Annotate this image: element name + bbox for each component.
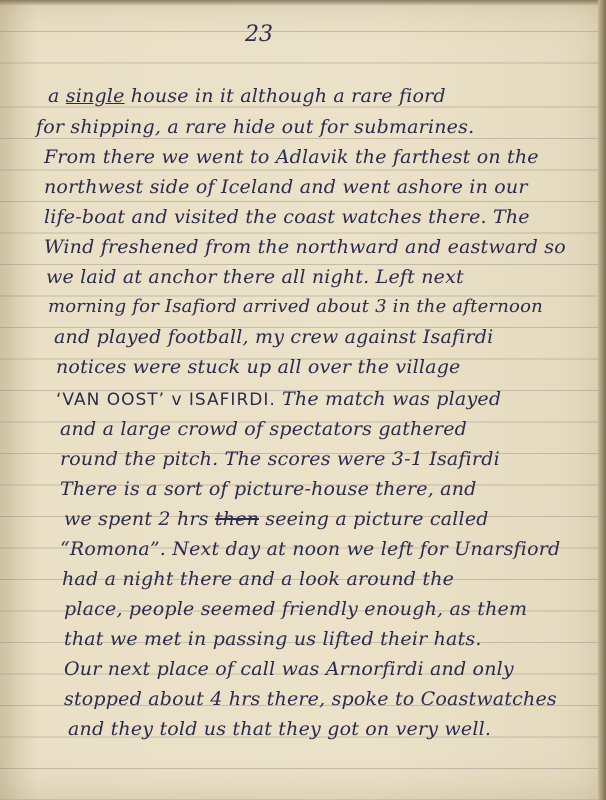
text-line: “Romona”. Next day at noon we left for U…: [60, 538, 560, 560]
text-line: and played football, my crew against Isa…: [54, 326, 493, 348]
page-top-edge: [0, 0, 606, 6]
text-line: we laid at anchor there all night. Left …: [46, 266, 464, 288]
overwritten-word: single: [66, 85, 125, 107]
text-fragment: The match was played: [276, 388, 501, 410]
text-line: ‘VAN OOST’ v ISAFIRDI. The match was pla…: [56, 388, 501, 410]
text-line: and they told us that they got on very w…: [68, 718, 491, 740]
text-fragment: a: [48, 85, 66, 107]
text-line: a single house in it although a rare fio…: [48, 85, 446, 107]
text-fragment: house in it although a rare fiord: [125, 85, 446, 107]
text-line: for shipping, a rare hide out for submar…: [36, 116, 474, 138]
text-line: life-boat and visited the coast watches …: [44, 206, 530, 228]
text-line: had a night there and a look around the: [62, 568, 454, 590]
text-fragment: ‘VAN OOST’ v ISAFIRDI.: [56, 390, 276, 410]
text-line: stopped about 4 hrs there, spoke to Coas…: [64, 688, 557, 710]
page-right-edge: [598, 0, 606, 800]
page-number: 23: [245, 22, 273, 47]
text-fragment: we spent 2 hrs: [64, 508, 215, 530]
text-fragment: seeing a picture called: [259, 508, 489, 530]
text-line: northwest side of Iceland and went ashor…: [44, 176, 528, 198]
text-line: There is a sort of picture-house there, …: [60, 478, 477, 500]
text-line: Wind freshened from the northward and ea…: [44, 236, 566, 258]
text-line: morning for Isafiord arrived about 3 in …: [48, 296, 543, 317]
text-line: we spent 2 hrs then seeing a picture cal…: [64, 508, 489, 530]
notebook-page: 23 a single house in it although a rare …: [0, 0, 606, 800]
struck-word: then: [215, 508, 259, 530]
text-line: notices were stuck up all over the villa…: [56, 356, 461, 378]
text-line: place, people seemed friendly enough, as…: [64, 598, 527, 620]
text-line: Our next place of call was Arnorfirdi an…: [64, 658, 514, 680]
text-line: that we met in passing us lifted their h…: [64, 628, 482, 650]
text-line: round the pitch. The scores were 3-1 Isa…: [60, 448, 500, 470]
text-line: From there we went to Adlavik the farthe…: [44, 146, 539, 168]
text-line: and a large crowd of spectators gathered: [60, 418, 467, 440]
